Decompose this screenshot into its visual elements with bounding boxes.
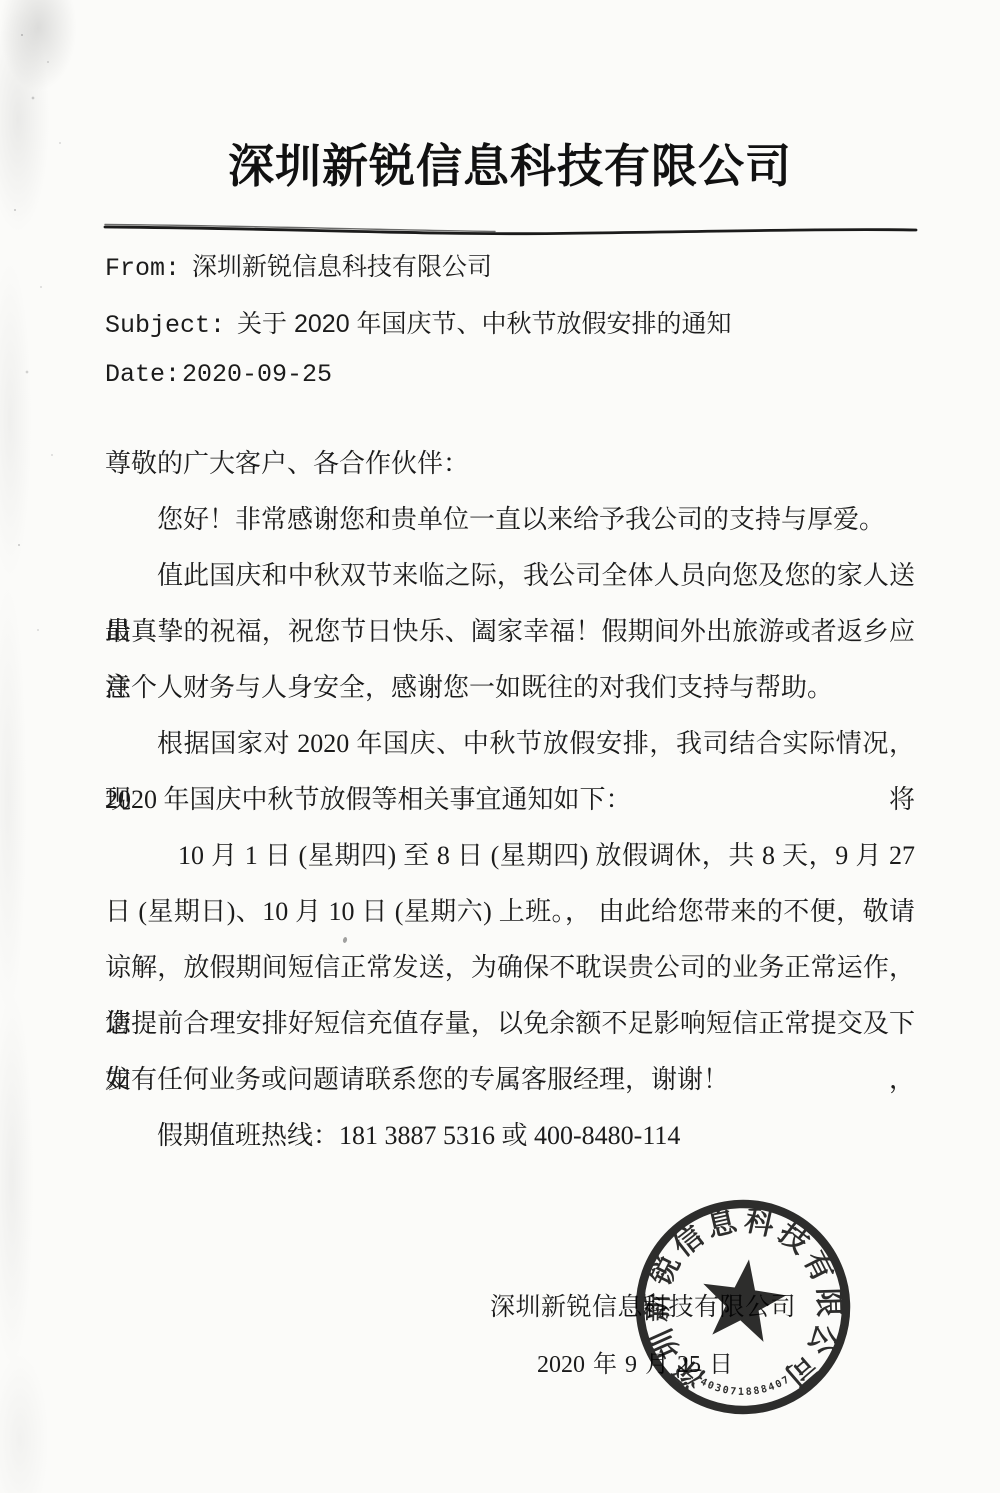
- seal-serial-number: 403071888407: [698, 1373, 793, 1399]
- body-line: 您提前合理安排好短信充值存量，以免余额不足影响短信正常提交及下发，: [105, 996, 915, 1052]
- company-letterhead-title: 深圳新锐信息科技有限公司: [105, 130, 915, 196]
- subject-value: 关于 2020 年国庆节、中秋节放假安排的通知: [237, 310, 732, 338]
- body-line-hotline: 假期值班热线：181 3887 5316 或 400-8480-114: [105, 1108, 915, 1164]
- body-line: 值此国庆和中秋双节来临之际，我公司全体人员向您及您的家人送出: [105, 548, 915, 604]
- body-line: 根据国家对 2020 年国庆、中秋节放假安排，我司结合实际情况，现将: [105, 716, 915, 772]
- title-underline: [95, 218, 925, 244]
- body-line: 日 (星期日)、10 月 10 日 (星期六) 上班。， 由此给您带来的不便，敬…: [105, 884, 915, 940]
- seal-star-icon: [696, 1254, 790, 1344]
- scan-noise-left-edge: [0, 0, 110, 1493]
- subject-field: Subject:关于 2020 年国庆节、中秋节放假安排的通知: [105, 304, 915, 334]
- company-seal-stamp: 深圳新锐信息科技有限公司 403071888407: [619, 1183, 867, 1431]
- scan-speckles: [0, 0, 90, 700]
- body-line: 意个人财务与人身安全，感谢您一如既往的对我们支持与帮助。: [105, 660, 915, 716]
- body-line: 谅解，放假期间短信正常发送，为确保不耽误贵公司的业务正常运作，请: [105, 940, 915, 996]
- from-label: From:: [105, 254, 180, 283]
- scanned-letter-page: 深圳新锐信息科技有限公司 From:深圳新锐信息科技有限公司 Subject:关…: [0, 0, 1000, 1493]
- date-value: 2020-09-25: [182, 360, 332, 389]
- date-field: Date:2020-09-25: [105, 359, 915, 389]
- body-line-holiday-dates: 10 月 1 日 (星期四) 至 8 日 (星期四) 放假调休，共 8 天，9 …: [105, 828, 915, 884]
- body-line: 最真挚的祝福，祝您节日快乐、阖家幸福！假期间外出旅游或者返乡应注: [105, 604, 915, 660]
- letter-body: 尊敬的广大客户、各合作伙伴： 您好！非常感谢您和贵单位一直以来给予我公司的支持与…: [105, 436, 915, 1164]
- from-value: 深圳新锐信息科技有限公司: [192, 253, 492, 281]
- body-line: 您好！非常感谢您和贵单位一直以来给予我公司的支持与厚爱。: [105, 492, 915, 548]
- body-line-salutation: 尊敬的广大客户、各合作伙伴：: [105, 436, 915, 492]
- from-field: From:深圳新锐信息科技有限公司: [105, 247, 915, 277]
- date-label: Date:: [105, 360, 180, 389]
- subject-label: Subject:: [105, 311, 225, 340]
